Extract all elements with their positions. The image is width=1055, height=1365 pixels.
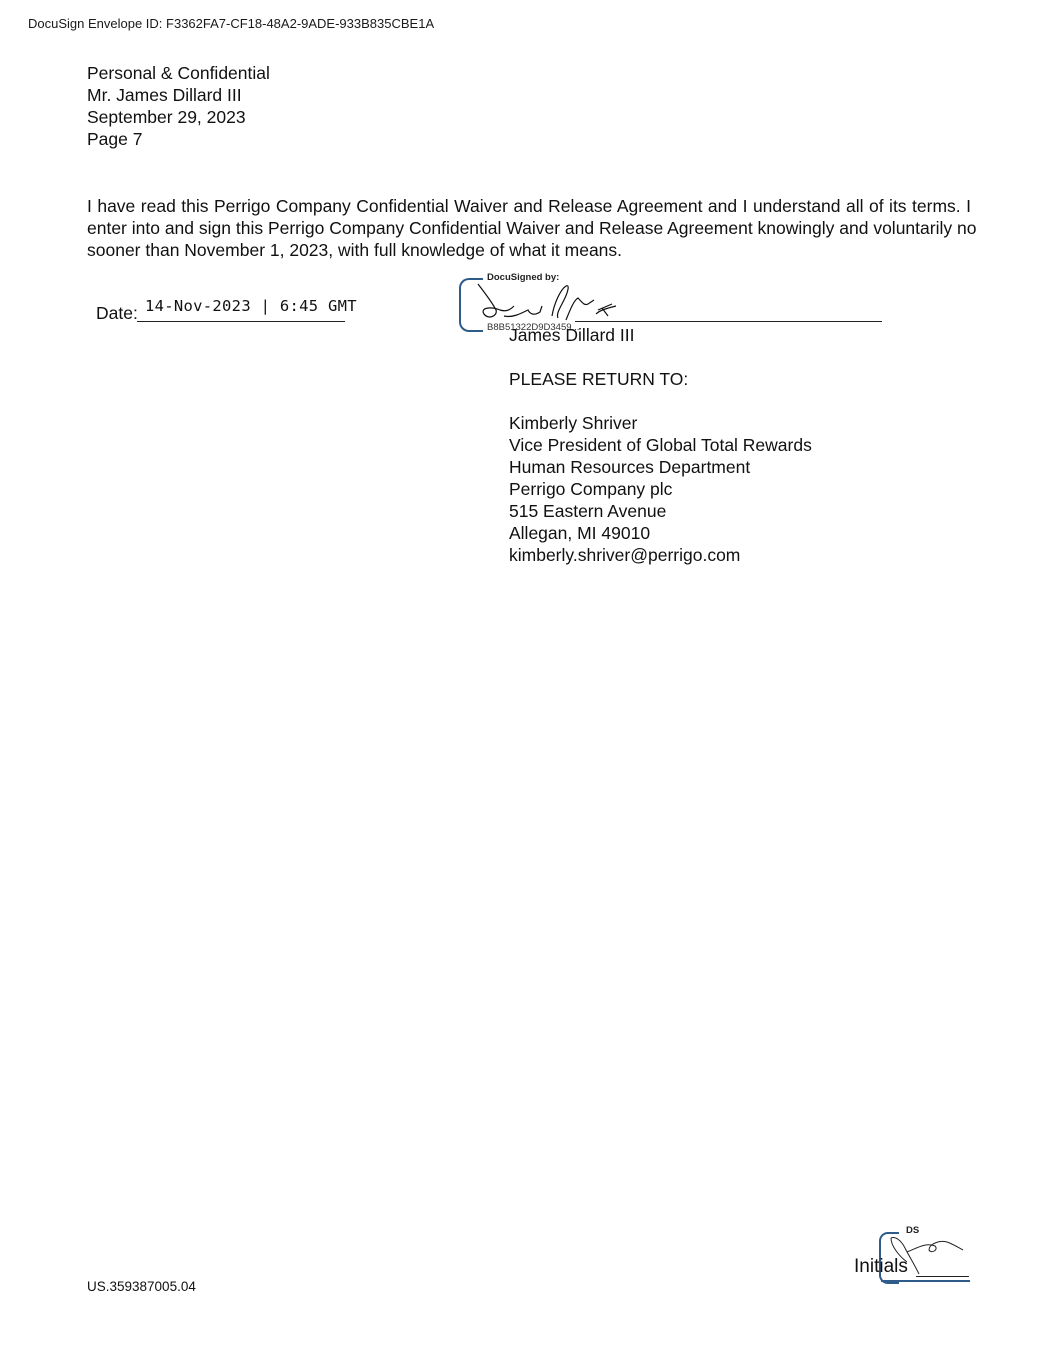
- signature-underline: [575, 321, 882, 322]
- signer-name: James Dillard III: [509, 325, 634, 346]
- paragraph-line: I have read this Perrigo Company Confide…: [87, 195, 971, 217]
- return-email: kimberly.shriver@perrigo.com: [509, 544, 812, 566]
- return-address-block: PLEASE RETURN TO: Kimberly Shriver Vice …: [509, 368, 812, 566]
- return-city-state-zip: Allegan, MI 49010: [509, 522, 812, 544]
- date-field-value: 14-Nov-2023 | 6:45 GMT: [145, 297, 357, 315]
- return-title: PLEASE RETURN TO:: [509, 368, 812, 390]
- letter-header: Personal & Confidential Mr. James Dillar…: [87, 62, 270, 150]
- return-contact-title: Vice President of Global Total Rewards: [509, 434, 812, 456]
- return-contact-name: Kimberly Shriver: [509, 412, 812, 434]
- header-confidential: Personal & Confidential: [87, 62, 270, 84]
- return-company: Perrigo Company plc: [509, 478, 812, 500]
- envelope-id: DocuSign Envelope ID: F3362FA7-CF18-48A2…: [28, 16, 434, 31]
- header-date: September 29, 2023: [87, 106, 270, 128]
- signature-icon: [470, 280, 630, 325]
- return-street: 515 Eastern Avenue: [509, 500, 812, 522]
- return-department: Human Resources Department: [509, 456, 812, 478]
- document-id: US.359387005.04: [87, 1279, 196, 1294]
- initials-bracket-bottom: [881, 1280, 970, 1282]
- paragraph-line: enter into and sign this Perrigo Company…: [87, 217, 971, 239]
- date-underline: [137, 321, 345, 322]
- initials-label: Initials: [854, 1256, 908, 1278]
- date-label: Date:: [96, 303, 138, 324]
- acknowledgement-paragraph: I have read this Perrigo Company Confide…: [87, 195, 971, 261]
- initials-underline: [916, 1276, 969, 1277]
- paragraph-line: sooner than November 1, 2023, with full …: [87, 239, 971, 261]
- header-page-number: Page 7: [87, 128, 270, 150]
- header-recipient: Mr. James Dillard III: [87, 84, 270, 106]
